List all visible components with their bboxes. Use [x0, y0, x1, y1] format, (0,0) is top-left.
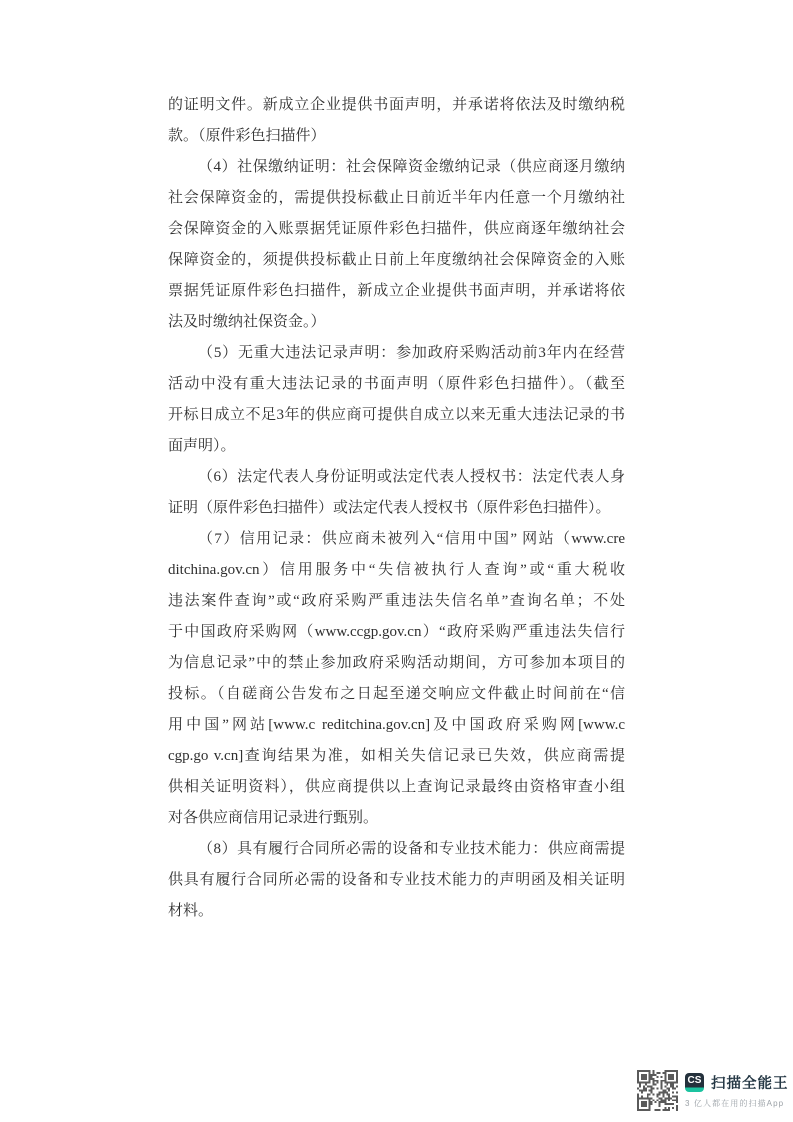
logo-letters: CS: [688, 1075, 702, 1086]
qr-code-icon: [637, 1070, 678, 1111]
document-line: 活动中没有重大违法记录的书面声明（原件彩色扫描件）。（截至: [168, 369, 625, 400]
document-line: 会保障资金的入账票据凭证原件彩色扫描件，供应商逐年缴纳社会: [168, 214, 625, 245]
document-line: （6）法定代表人身份证明或法定代表人授权书：法定代表人身份: [168, 462, 625, 493]
paragraph: （8）具有履行合同所必需的设备和专业技术能力：供应商需提供具有履行合同所必需的设…: [168, 834, 625, 927]
document-line: （8）具有履行合同所必需的设备和专业技术能力：供应商需提: [168, 834, 625, 865]
document-line: 开标日成立不足3年的供应商可提供自成立以来无重大违法记录的书: [168, 400, 625, 431]
document-page: 的证明文件。新成立企业提供书面声明，并承诺将依法及时缴纳税款。（原件彩色扫描件）…: [0, 0, 793, 1122]
document-line: 对各供应商信用记录进行甄别。: [168, 803, 625, 834]
document-line: 证明（原件彩色扫描件）或法定代表人授权书（原件彩色扫描件）。: [168, 493, 625, 524]
document-body: 的证明文件。新成立企业提供书面声明，并承诺将依法及时缴纳税款。（原件彩色扫描件）…: [168, 90, 625, 927]
document-line: 为信息记录”中的禁止参加政府采购活动期间，方可参加本项目的: [168, 648, 625, 679]
paragraph: 的证明文件。新成立企业提供书面声明，并承诺将依法及时缴纳税款。（原件彩色扫描件）: [168, 90, 625, 152]
document-line: 于中国政府采购网（www.ccgp.gov.cn）“政府采购严重违法失信行: [168, 617, 625, 648]
document-line: 保障资金的，须提供投标截止日前上年度缴纳社会保障资金的入账: [168, 245, 625, 276]
document-line: （7）信用记录：供应商未被列入“信用中国” 网站（www.cre: [168, 524, 625, 555]
app-name: 扫描全能王: [711, 1072, 789, 1093]
paragraph: （6）法定代表人身份证明或法定代表人授权书：法定代表人身份证明（原件彩色扫描件）…: [168, 462, 625, 524]
document-line: 款。（原件彩色扫描件）: [168, 121, 625, 152]
document-line: 社会保障资金的，需提供投标截止日前近半年内任意一个月缴纳社: [168, 183, 625, 214]
document-line: 投标。（自磋商公告发布之日起至递交响应文件截止时间前在“信: [168, 679, 625, 710]
document-line: cgp.go v.cn]查询结果为准，如相关失信记录已失效，供应商需提: [168, 741, 625, 772]
document-line: 材料。: [168, 896, 625, 927]
paragraph: （5）无重大违法记录声明：参加政府采购活动前3年内在经营活动中没有重大违法记录的…: [168, 338, 625, 462]
document-line: 用中国”网站[www.c reditchina.gov.cn]及中国政府采购网[…: [168, 710, 625, 741]
camscanner-logo-icon: CS: [685, 1073, 704, 1092]
document-line: 供相关证明资料），供应商提供以上查询记录最终由资格审查小组: [168, 772, 625, 803]
paragraph: （7）信用记录：供应商未被列入“信用中国” 网站（www.creditchina…: [168, 524, 625, 834]
brand-row: CS 扫描全能王: [685, 1072, 789, 1093]
app-tagline: 3 亿人都在用的扫描App: [685, 1098, 789, 1109]
camscanner-watermark: CS 扫描全能王 3 亿人都在用的扫描App: [637, 1070, 789, 1111]
document-line: 法及时缴纳社保资金。）: [168, 307, 625, 338]
document-line: （5）无重大违法记录声明：参加政府采购活动前3年内在经营: [168, 338, 625, 369]
document-line: 供具有履行合同所必需的设备和专业技术能力的声明函及相关证明: [168, 865, 625, 896]
document-line: 票据凭证原件彩色扫描件，新成立企业提供书面声明，并承诺将依: [168, 276, 625, 307]
document-line: 面声明）。: [168, 431, 625, 462]
document-line: 的证明文件。新成立企业提供书面声明，并承诺将依法及时缴纳税: [168, 90, 625, 121]
paragraph: （4）社保缴纳证明：社会保障资金缴纳记录（供应商逐月缴纳社会保障资金的，需提供投…: [168, 152, 625, 338]
camscanner-brand: CS 扫描全能王 3 亿人都在用的扫描App: [685, 1070, 789, 1109]
document-line: 违法案件查询”或“政府采购严重违法失信名单”查询名单；不处: [168, 586, 625, 617]
document-line: ditchina.gov.cn）信用服务中“失信被执行人查询”或“重大税收: [168, 555, 625, 586]
document-line: （4）社保缴纳证明：社会保障资金缴纳记录（供应商逐月缴纳: [168, 152, 625, 183]
